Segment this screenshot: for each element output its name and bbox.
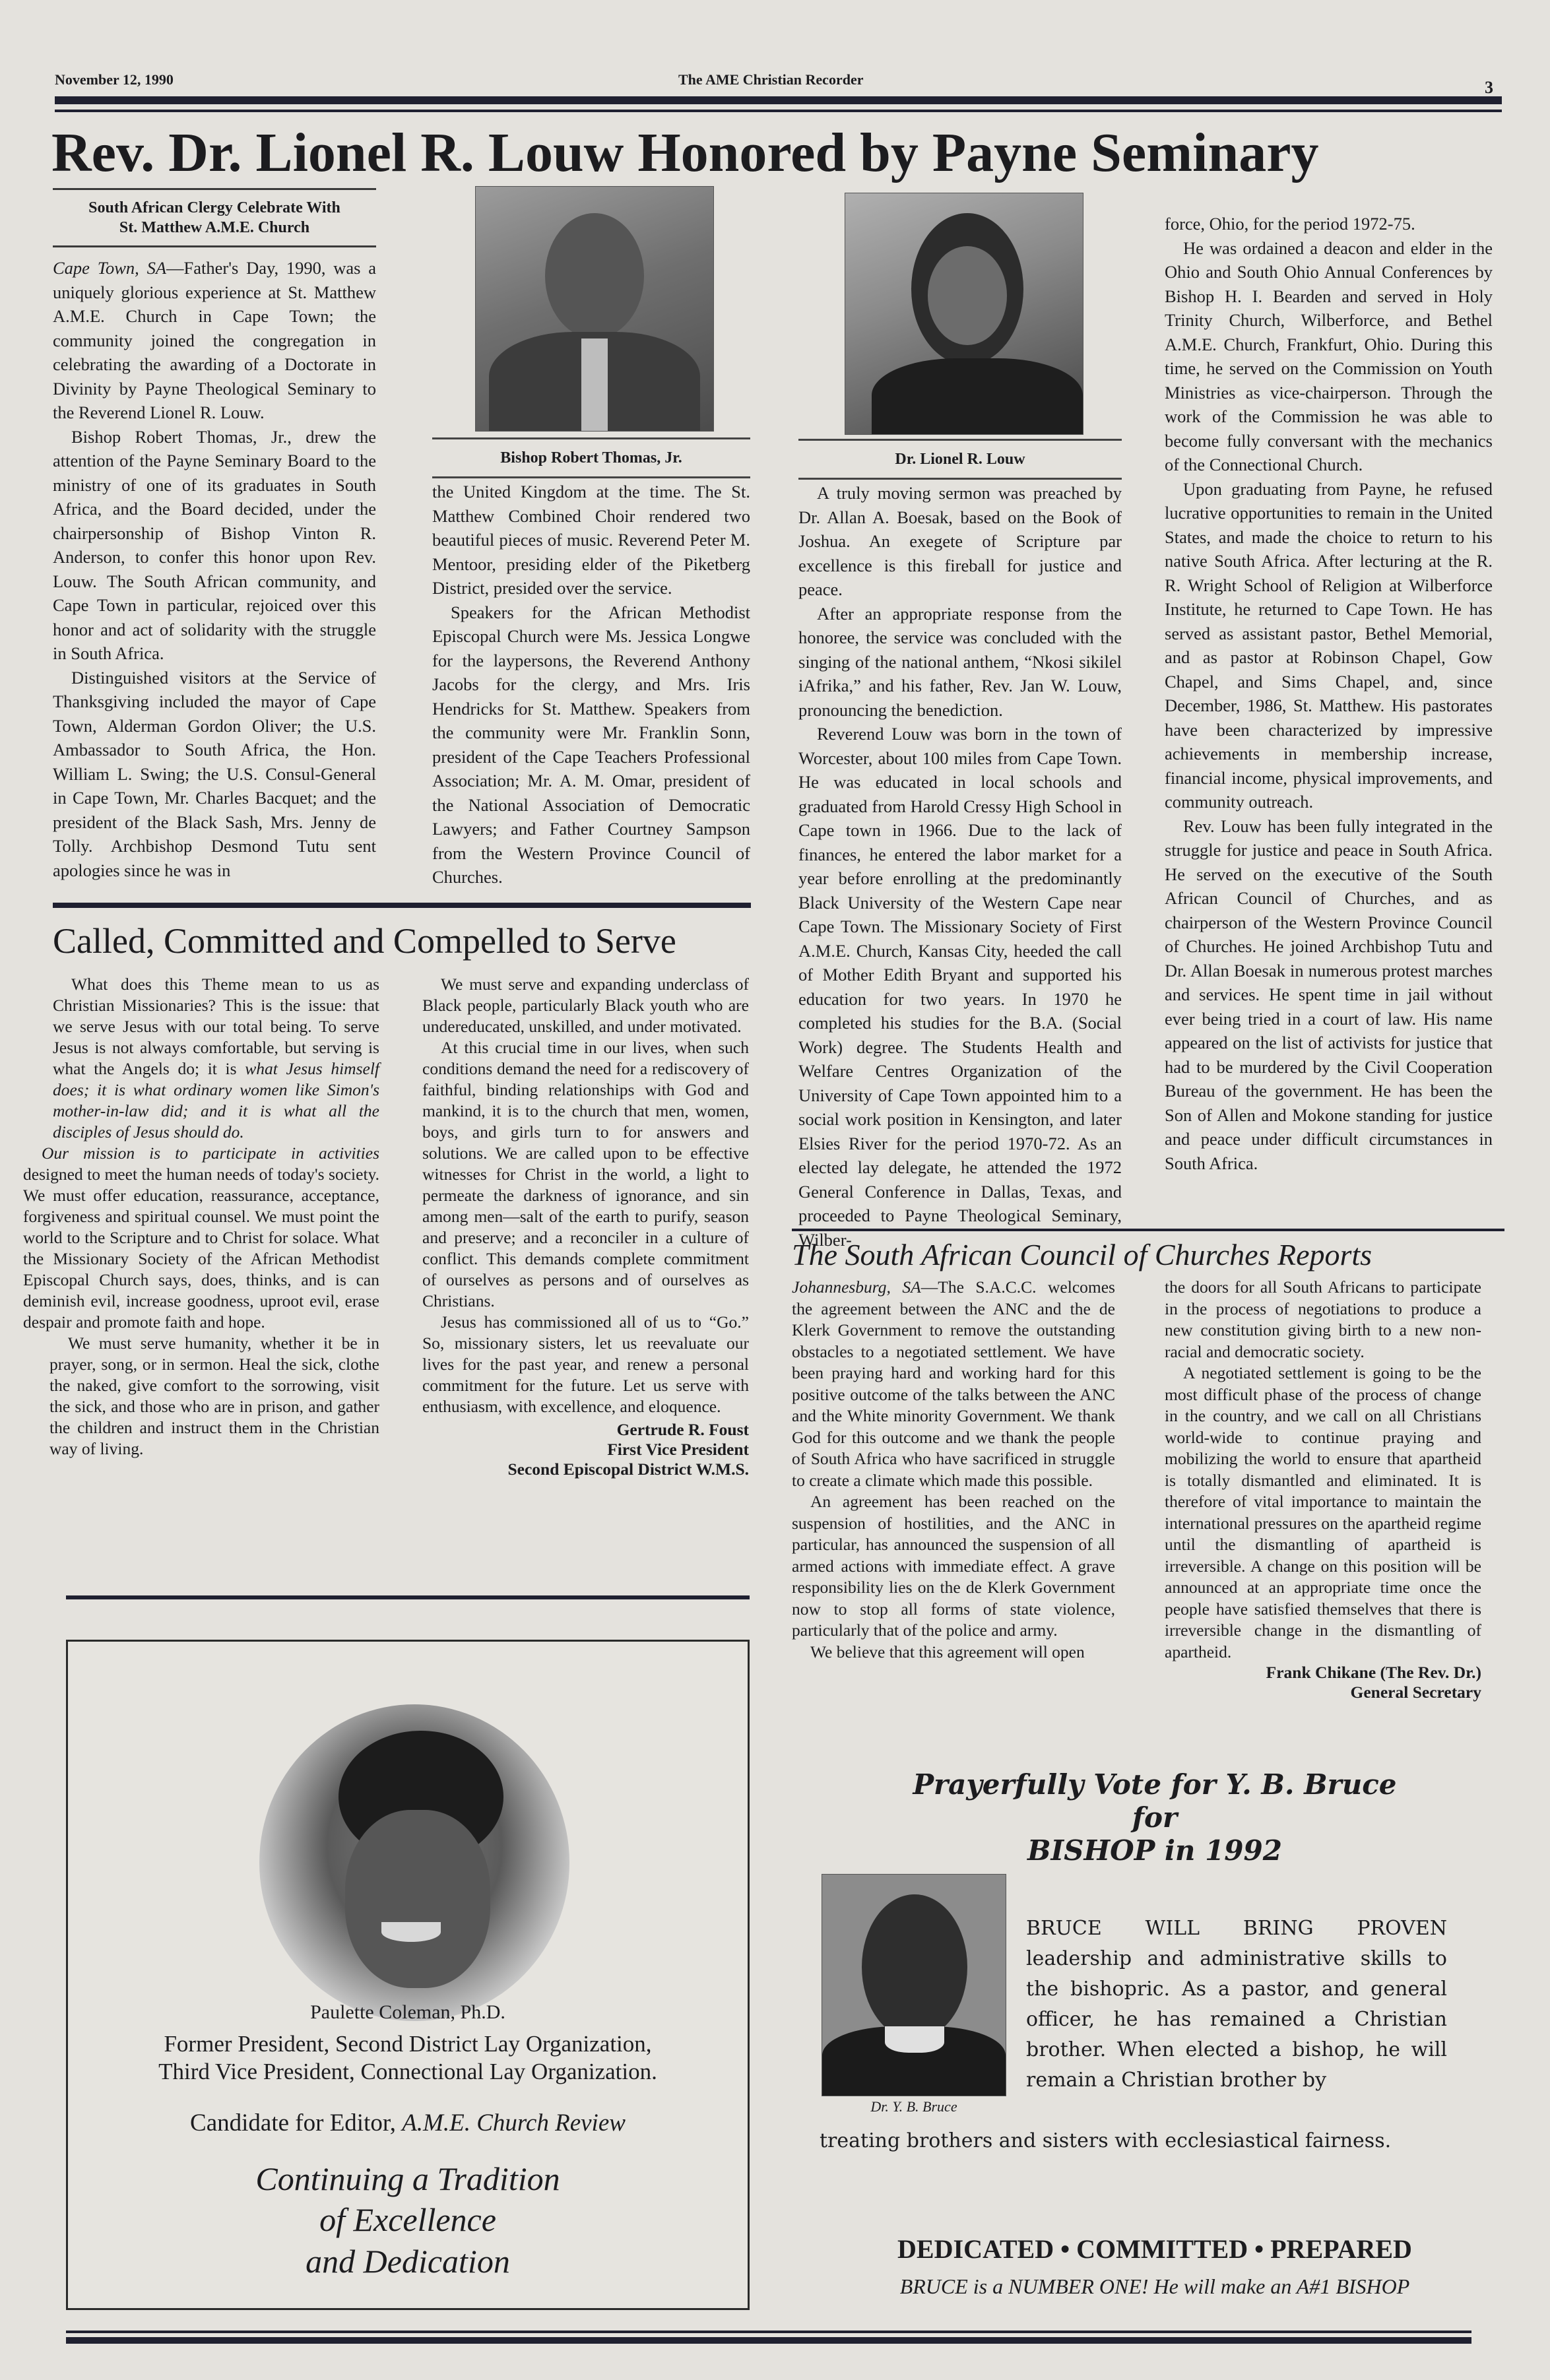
slogan-line-2: of Excellence	[68, 2201, 748, 2239]
paragraph: force, Ohio, for the period 1972-75.	[1165, 212, 1493, 236]
paragraph: Johannesburg, SA—The S.A.C.C. welcomes t…	[792, 1277, 1115, 1491]
serve-column-1: What does this Theme mean to us as Chris…	[23, 974, 379, 1460]
paragraph: the United Kingdom at the time. The St. …	[432, 480, 750, 600]
subhead-line-2: St. Matthew A.M.E. Church	[53, 218, 376, 238]
paragraph: At this crucial time in our lives, when …	[422, 1037, 749, 1312]
bruce-ad-title: Prayerfully Vote for Y. B. Bruce for BIS…	[792, 1768, 1518, 1867]
signature-name: Frank Chikane (The Rev. Dr.)	[1266, 1663, 1481, 1682]
slogan-line-1: Continuing a Tradition	[68, 2160, 748, 2198]
photo-bishop-robert-thomas	[475, 186, 714, 432]
paragraph: Upon graduating from Payne, he refused l…	[1165, 477, 1493, 814]
title-line-3: BISHOP in 1992	[792, 1834, 1518, 1867]
paragraph: Bishop Robert Thomas, Jr., drew the atte…	[53, 425, 376, 666]
paragraph: We believe that this agreement will open	[792, 1642, 1115, 1663]
sacc-column-2: the doors for all South Africans to part…	[1165, 1277, 1481, 1702]
serve-column-2: We must serve and expanding underclass o…	[422, 974, 749, 1479]
section-divider	[53, 903, 751, 908]
photo-caption-louw: Dr. Lionel R. Louw	[798, 439, 1122, 480]
photo-face	[862, 1894, 967, 2040]
main-article-column-2: the United Kingdom at the time. The St. …	[432, 480, 750, 889]
paragraph: A truly moving sermon was preached by Dr…	[798, 481, 1122, 602]
signature-org: Second Episcopal District W.M.S.	[507, 1460, 749, 1479]
portrait-smile	[381, 1922, 441, 1942]
signature-block: Frank Chikane (The Rev. Dr.) General Sec…	[1165, 1663, 1481, 1702]
signature-block: Gertrude R. Foust First Vice President S…	[422, 1420, 749, 1479]
bruce-motto: DEDICATED • COMMITTED • PREPARED	[792, 2234, 1518, 2265]
issue-date: November 12, 1990	[55, 71, 174, 88]
photo-yb-bruce	[822, 1874, 1006, 2096]
paragraph: Speakers for the African Methodist Episc…	[432, 600, 750, 889]
paragraph: Reverend Louw was born in the town of Wo…	[798, 722, 1122, 1252]
subhead-line-1: South African Clergy Celebrate With	[53, 198, 376, 218]
photo-shirt	[872, 358, 1083, 435]
main-article-column-3: A truly moving sermon was preached by Dr…	[798, 481, 1122, 1252]
signature-title: First Vice President	[607, 1440, 749, 1459]
photo-lionel-louw	[845, 193, 1083, 435]
main-article-column-4: force, Ohio, for the period 1972-75. He …	[1165, 212, 1493, 1175]
photo-shirt	[581, 338, 608, 431]
paragraph: the doors for all South Africans to part…	[1165, 1277, 1481, 1363]
paragraph: He was ordained a deacon and elder in th…	[1165, 236, 1493, 477]
sacc-headline: The South African Council of Churches Re…	[792, 1237, 1372, 1272]
credential-line-1: Former President, Second District Lay Or…	[68, 2031, 748, 2057]
page-number: 3	[1485, 78, 1493, 98]
bruce-lead: BRUCE WILL BRING PROVEN	[1026, 1914, 1447, 1944]
photo-face-detail	[928, 246, 1007, 345]
dateline: Cape Town, SA	[53, 258, 166, 278]
candidate-name: Paulette Coleman, Ph.D.	[68, 2001, 748, 2024]
credential-line-2: Third Vice President, Connectional Lay O…	[68, 2059, 748, 2085]
paragraph: Cape Town, SA—Father's Day, 1990, was a …	[53, 256, 376, 425]
footer-rule-thick	[66, 2337, 1471, 2344]
sacc-column-1: Johannesburg, SA—The S.A.C.C. welcomes t…	[792, 1277, 1115, 1663]
photo-clerical-collar	[885, 2026, 944, 2053]
portrait-paulette-coleman	[259, 1704, 569, 2021]
title-line-1: Prayerfully Vote for Y. B. Bruce	[792, 1768, 1518, 1801]
title-line-2: for	[792, 1801, 1518, 1834]
main-headline: Rev. Dr. Lionel R. Louw Honored by Payne…	[51, 120, 1503, 186]
coleman-advertisement: Paulette Coleman, Ph.D. Former President…	[66, 1640, 750, 2310]
signature-title: General Secretary	[1351, 1683, 1481, 1702]
masthead-rule-thin	[55, 110, 1502, 112]
paragraph: Jesus has commissioned all of us to “Go.…	[422, 1312, 749, 1417]
bruce-ad-body: BRUCE WILL BRING PROVEN leadership and a…	[1026, 1914, 1447, 2096]
paragraph: We must serve humanity, whether it be in…	[23, 1333, 379, 1460]
masthead-rule-thick	[55, 96, 1502, 104]
candidacy-line: Candidate for Editor, A.M.E. Church Revi…	[68, 2109, 748, 2137]
paragraph: What does this Theme mean to us as Chris…	[23, 974, 379, 1143]
paragraph: Rev. Louw has been fully integrated in t…	[1165, 814, 1493, 1176]
paragraph: We must serve and expanding underclass o…	[422, 974, 749, 1037]
paragraph: An agreement has been reached on the sus…	[792, 1491, 1115, 1642]
publication-name: The AME Christian Recorder	[678, 71, 863, 88]
section-divider	[66, 1595, 750, 1599]
article-subhead: South African Clergy Celebrate With St. …	[53, 188, 376, 247]
photo-caption-bishop: Bishop Robert Thomas, Jr.	[432, 437, 750, 478]
section-divider	[792, 1229, 1504, 1231]
portrait-face	[345, 1810, 490, 1988]
paragraph: Distinguished visitors at the Service of…	[53, 666, 376, 883]
serve-headline: Called, Committed and Compelled to Serve	[53, 920, 676, 961]
signature-name: Gertrude R. Foust	[617, 1420, 749, 1439]
photo-face	[545, 213, 644, 338]
bruce-tagline: BRUCE is a NUMBER ONE! He will make an A…	[792, 2274, 1518, 2299]
bruce-body: leadership and administrative skills to …	[1026, 1944, 1447, 2096]
main-article-column-1: Cape Town, SA—Father's Day, 1990, was a …	[53, 256, 376, 882]
slogan-line-3: and Dedication	[68, 2242, 748, 2280]
paragraph: After an appropriate response from the h…	[798, 602, 1122, 723]
paragraph: Our mission is to participate in activit…	[23, 1143, 379, 1333]
dateline: Johannesburg, SA	[792, 1277, 921, 1297]
paragraph: A negotiated settlement is going to be t…	[1165, 1363, 1481, 1663]
bruce-photo-caption: Dr. Y. B. Bruce	[828, 2098, 1000, 2115]
bruce-ad-body-cont: treating brothers and sisters with eccle…	[820, 2126, 1448, 2156]
footer-rule-thin	[66, 2331, 1471, 2333]
